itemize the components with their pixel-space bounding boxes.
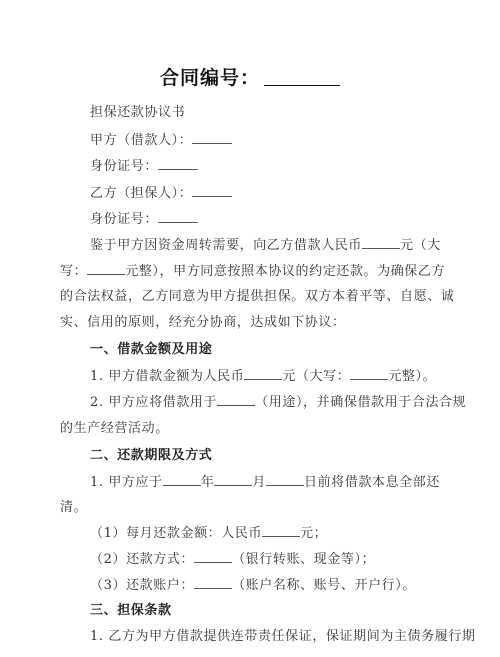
section-2-sub-1: （1）每月还款金额：人民币元； <box>90 524 426 543</box>
party-a-blank <box>192 131 232 144</box>
preamble-line-4: 实、信用的原则，经充分协商，达成如下协议： <box>60 314 426 332</box>
section-2-item-1: 1. 甲方应于年月日前将借款本息全部还 <box>90 473 426 492</box>
section-1-item-2: 2. 甲方应将借款用于（用途），并确保借款用于合法合规 <box>90 393 426 412</box>
party-b-line: 乙方（担保人）： <box>90 184 426 203</box>
party-a-id-blank <box>158 157 198 170</box>
party-b-id-blank <box>158 210 198 223</box>
section-1-item-2-cont: 的生产经营活动。 <box>60 420 426 438</box>
party-b-blank <box>192 184 232 197</box>
section-3-heading: 三、担保条款 <box>90 602 426 620</box>
section-2-heading: 二、还款期限及方式 <box>90 447 426 465</box>
party-a-line: 甲方（借款人）： <box>90 131 426 150</box>
agreement-subtitle: 担保还款协议书 <box>90 104 426 122</box>
section-2-sub-3: （3）还款账户：（账户名称、账号、开户行）。 <box>90 576 426 595</box>
preamble-line-1: 鉴于甲方因资金周转需要，向乙方借款人民币元（大 <box>90 236 426 255</box>
title-label: 合同编号： <box>160 67 260 89</box>
section-2-sub-2: （2）还款方式：（银行转账、现金等）； <box>90 550 426 569</box>
document-page: 合同编号： 担保还款协议书 甲方（借款人）： 身份证号： 乙方（担保人）： 身份… <box>0 0 500 657</box>
party-b-id-line: 身份证号： <box>90 210 426 229</box>
section-1-item-1: 1. 甲方借款金额为人民币元（大写：元整）。 <box>90 367 426 386</box>
party-a-id-line: 身份证号： <box>90 157 426 176</box>
contract-number-blank <box>264 67 340 86</box>
section-2-item-1-cont: 清。 <box>60 499 426 517</box>
section-1-heading: 一、借款金额及用途 <box>90 341 426 359</box>
preamble-line-3: 的合法权益，乙方同意为甲方提供担保。双方本着平等、自愿、诚 <box>60 288 426 306</box>
preamble-line-2: 写：元整），甲方同意按照本协议的约定还款。为确保乙方 <box>60 262 426 281</box>
section-3-item-1: 1. 乙方为甲方借款提供连带责任保证，保证期间为主债务履行期 <box>90 628 426 646</box>
contract-number-title: 合同编号： <box>0 66 500 90</box>
